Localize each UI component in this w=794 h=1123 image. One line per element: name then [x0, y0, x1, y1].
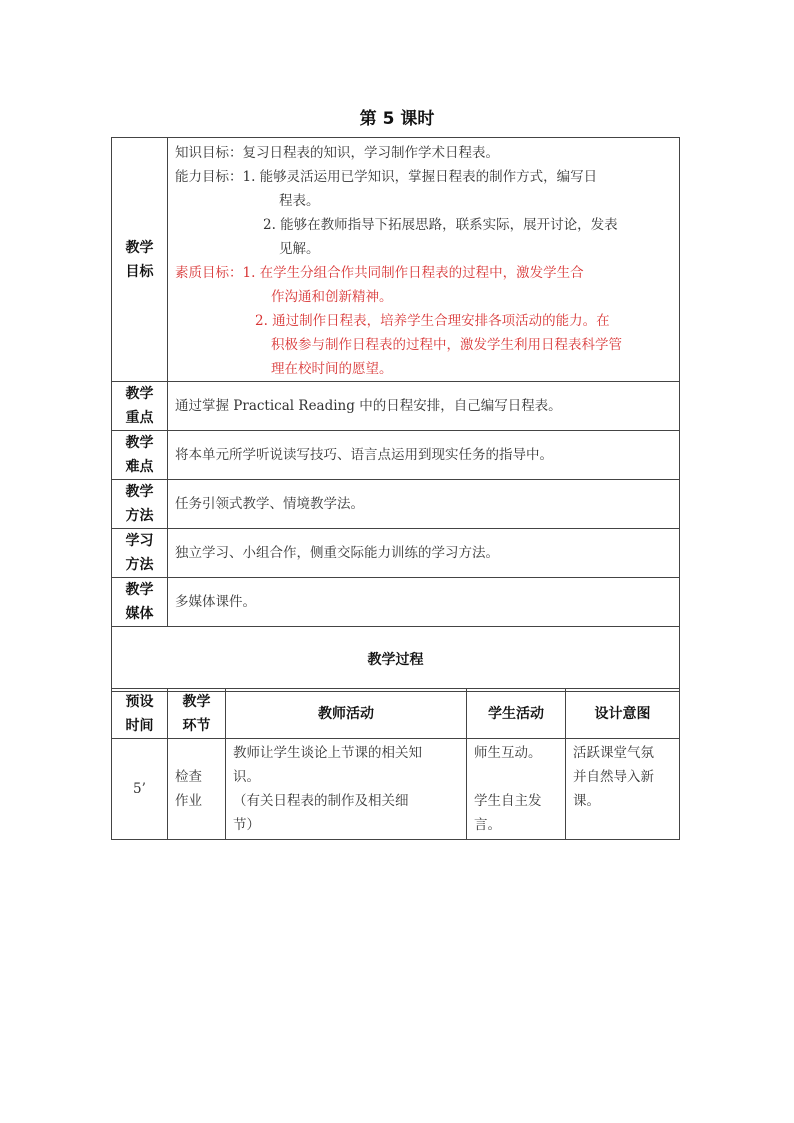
knowledge-objective: 知识目标：复习日程表的知识，学习制作学术日程表。 [175, 141, 679, 165]
row-label: 教学 媒体 [112, 578, 168, 627]
header-line: 时间 [112, 714, 167, 738]
label-line: 教学 [112, 431, 167, 455]
header-teacher-activity: 教师活动 [226, 689, 467, 739]
label-line: 难点 [112, 455, 167, 479]
stage-cell: 检查 作业 [168, 739, 226, 840]
process-title: 教学过程 [112, 627, 680, 692]
ability-objective-2-cont: 见解。 [175, 237, 679, 261]
media-row: 教学 媒体 多媒体课件。 [112, 578, 680, 627]
header-design-intent: 设计意图 [566, 689, 680, 739]
spacer [474, 765, 558, 789]
cell-line: （有关日程表的制作及相关细 [233, 789, 459, 813]
row-label: 学习 方法 [112, 529, 168, 578]
cell-line: 检查 [175, 765, 218, 789]
quality-objective-2-cont: 理在校时间的愿望。 [175, 357, 679, 381]
label-line: 重点 [112, 406, 167, 430]
row-content: 通过掌握 Practical Reading 中的日程安排，自己编写日程表。 [168, 382, 680, 431]
teacher-activity-cell: 教师让学生谈论上节课的相关知 识。 （有关日程表的制作及相关细 节） [226, 739, 467, 840]
header-time: 预设 时间 [112, 689, 168, 739]
label-line: 教学 [112, 236, 167, 260]
learning-methods-row: 学习 方法 独立学习、小组合作，侧重交际能力训练的学习方法。 [112, 529, 680, 578]
row-content: 多媒体课件。 [168, 578, 680, 627]
row-label: 教学 重点 [112, 382, 168, 431]
student-activity-cell: 师生互动。 学生自主发 言。 [467, 739, 566, 840]
cell-line: 言。 [474, 813, 558, 837]
label-line: 学习 [112, 529, 167, 553]
objectives-content: 知识目标：复习日程表的知识，学习制作学术日程表。 能力目标：1. 能够灵活运用已… [168, 138, 680, 382]
ability-objective-2: 2. 能够在教师指导下拓展思路，联系实际，展开讨论，发表 [175, 213, 679, 237]
header-stage: 教学 环节 [168, 689, 226, 739]
process-row: 5’ 检查 作业 教师让学生谈论上节课的相关知 识。 （有关日程表的制作及相关细… [112, 739, 680, 840]
row-content: 将本单元所学听说读写技巧、语言点运用到现实任务的指导中。 [168, 431, 680, 480]
cell-line: 活跃课堂气氛 [573, 741, 672, 765]
key-points-row: 教学 重点 通过掌握 Practical Reading 中的日程安排，自己编写… [112, 382, 680, 431]
label-line: 教学 [112, 480, 167, 504]
cell-line: 节） [233, 813, 459, 837]
difficulties-row: 教学 难点 将本单元所学听说读写技巧、语言点运用到现实任务的指导中。 [112, 431, 680, 480]
process-header-row: 预设 时间 教学 环节 教师活动 学生活动 设计意图 [112, 689, 680, 739]
page-title: 第 5 课时 [0, 104, 794, 129]
header-student-activity: 学生活动 [467, 689, 566, 739]
ability-objective-cont: 程表。 [175, 189, 679, 213]
quality-objective: 素质目标：1. 在学生分组合作共同制作日程表的过程中，激发学生合 [175, 261, 679, 285]
label-line: 媒体 [112, 602, 167, 626]
label-line: 教学 [112, 382, 167, 406]
header-line: 预设 [112, 690, 167, 714]
cell-line: 师生互动。 [474, 741, 558, 765]
quality-objective-2: 2. 通过制作日程表，培养学生合理安排各项活动的能力。在 [175, 309, 679, 333]
lesson-plan-table: 教学 目标 知识目标：复习日程表的知识，学习制作学术日程表。 能力目标：1. 能… [111, 137, 680, 692]
time-cell: 5’ [112, 739, 168, 840]
row-label: 教学 方法 [112, 480, 168, 529]
process-title-row: 教学过程 [112, 627, 680, 692]
label-line: 方法 [112, 504, 167, 528]
cell-line: 作业 [175, 789, 218, 813]
process-table: 预设 时间 教学 环节 教师活动 学生活动 设计意图 5’ 检查 作业 教师让学… [111, 688, 680, 840]
label-line: 教学 [112, 578, 167, 602]
cell-line: 学生自主发 [474, 789, 558, 813]
row-content: 独立学习、小组合作，侧重交际能力训练的学习方法。 [168, 529, 680, 578]
quality-objective-cont: 作沟通和创新精神。 [175, 285, 679, 309]
objectives-row: 教学 目标 知识目标：复习日程表的知识，学习制作学术日程表。 能力目标：1. 能… [112, 138, 680, 382]
row-content: 任务引领式教学、情境教学法。 [168, 480, 680, 529]
design-intent-cell: 活跃课堂气氛 并自然导入新 课。 [566, 739, 680, 840]
cell-line: 识。 [233, 765, 459, 789]
quality-objective-2-cont: 积极参与制作日程表的过程中，激发学生利用日程表科学管 [175, 333, 679, 357]
cell-line: 教师让学生谈论上节课的相关知 [233, 741, 459, 765]
header-line: 教学 [168, 690, 225, 714]
label-line: 目标 [112, 260, 167, 284]
ability-objective: 能力目标：1. 能够灵活运用已学知识，掌握日程表的制作方式，编写日 [175, 165, 679, 189]
label-line: 方法 [112, 553, 167, 577]
cell-line: 课。 [573, 789, 672, 813]
cell-line: 并自然导入新 [573, 765, 672, 789]
header-line: 环节 [168, 714, 225, 738]
objectives-label: 教学 目标 [112, 138, 168, 382]
teaching-methods-row: 教学 方法 任务引领式教学、情境教学法。 [112, 480, 680, 529]
row-label: 教学 难点 [112, 431, 168, 480]
